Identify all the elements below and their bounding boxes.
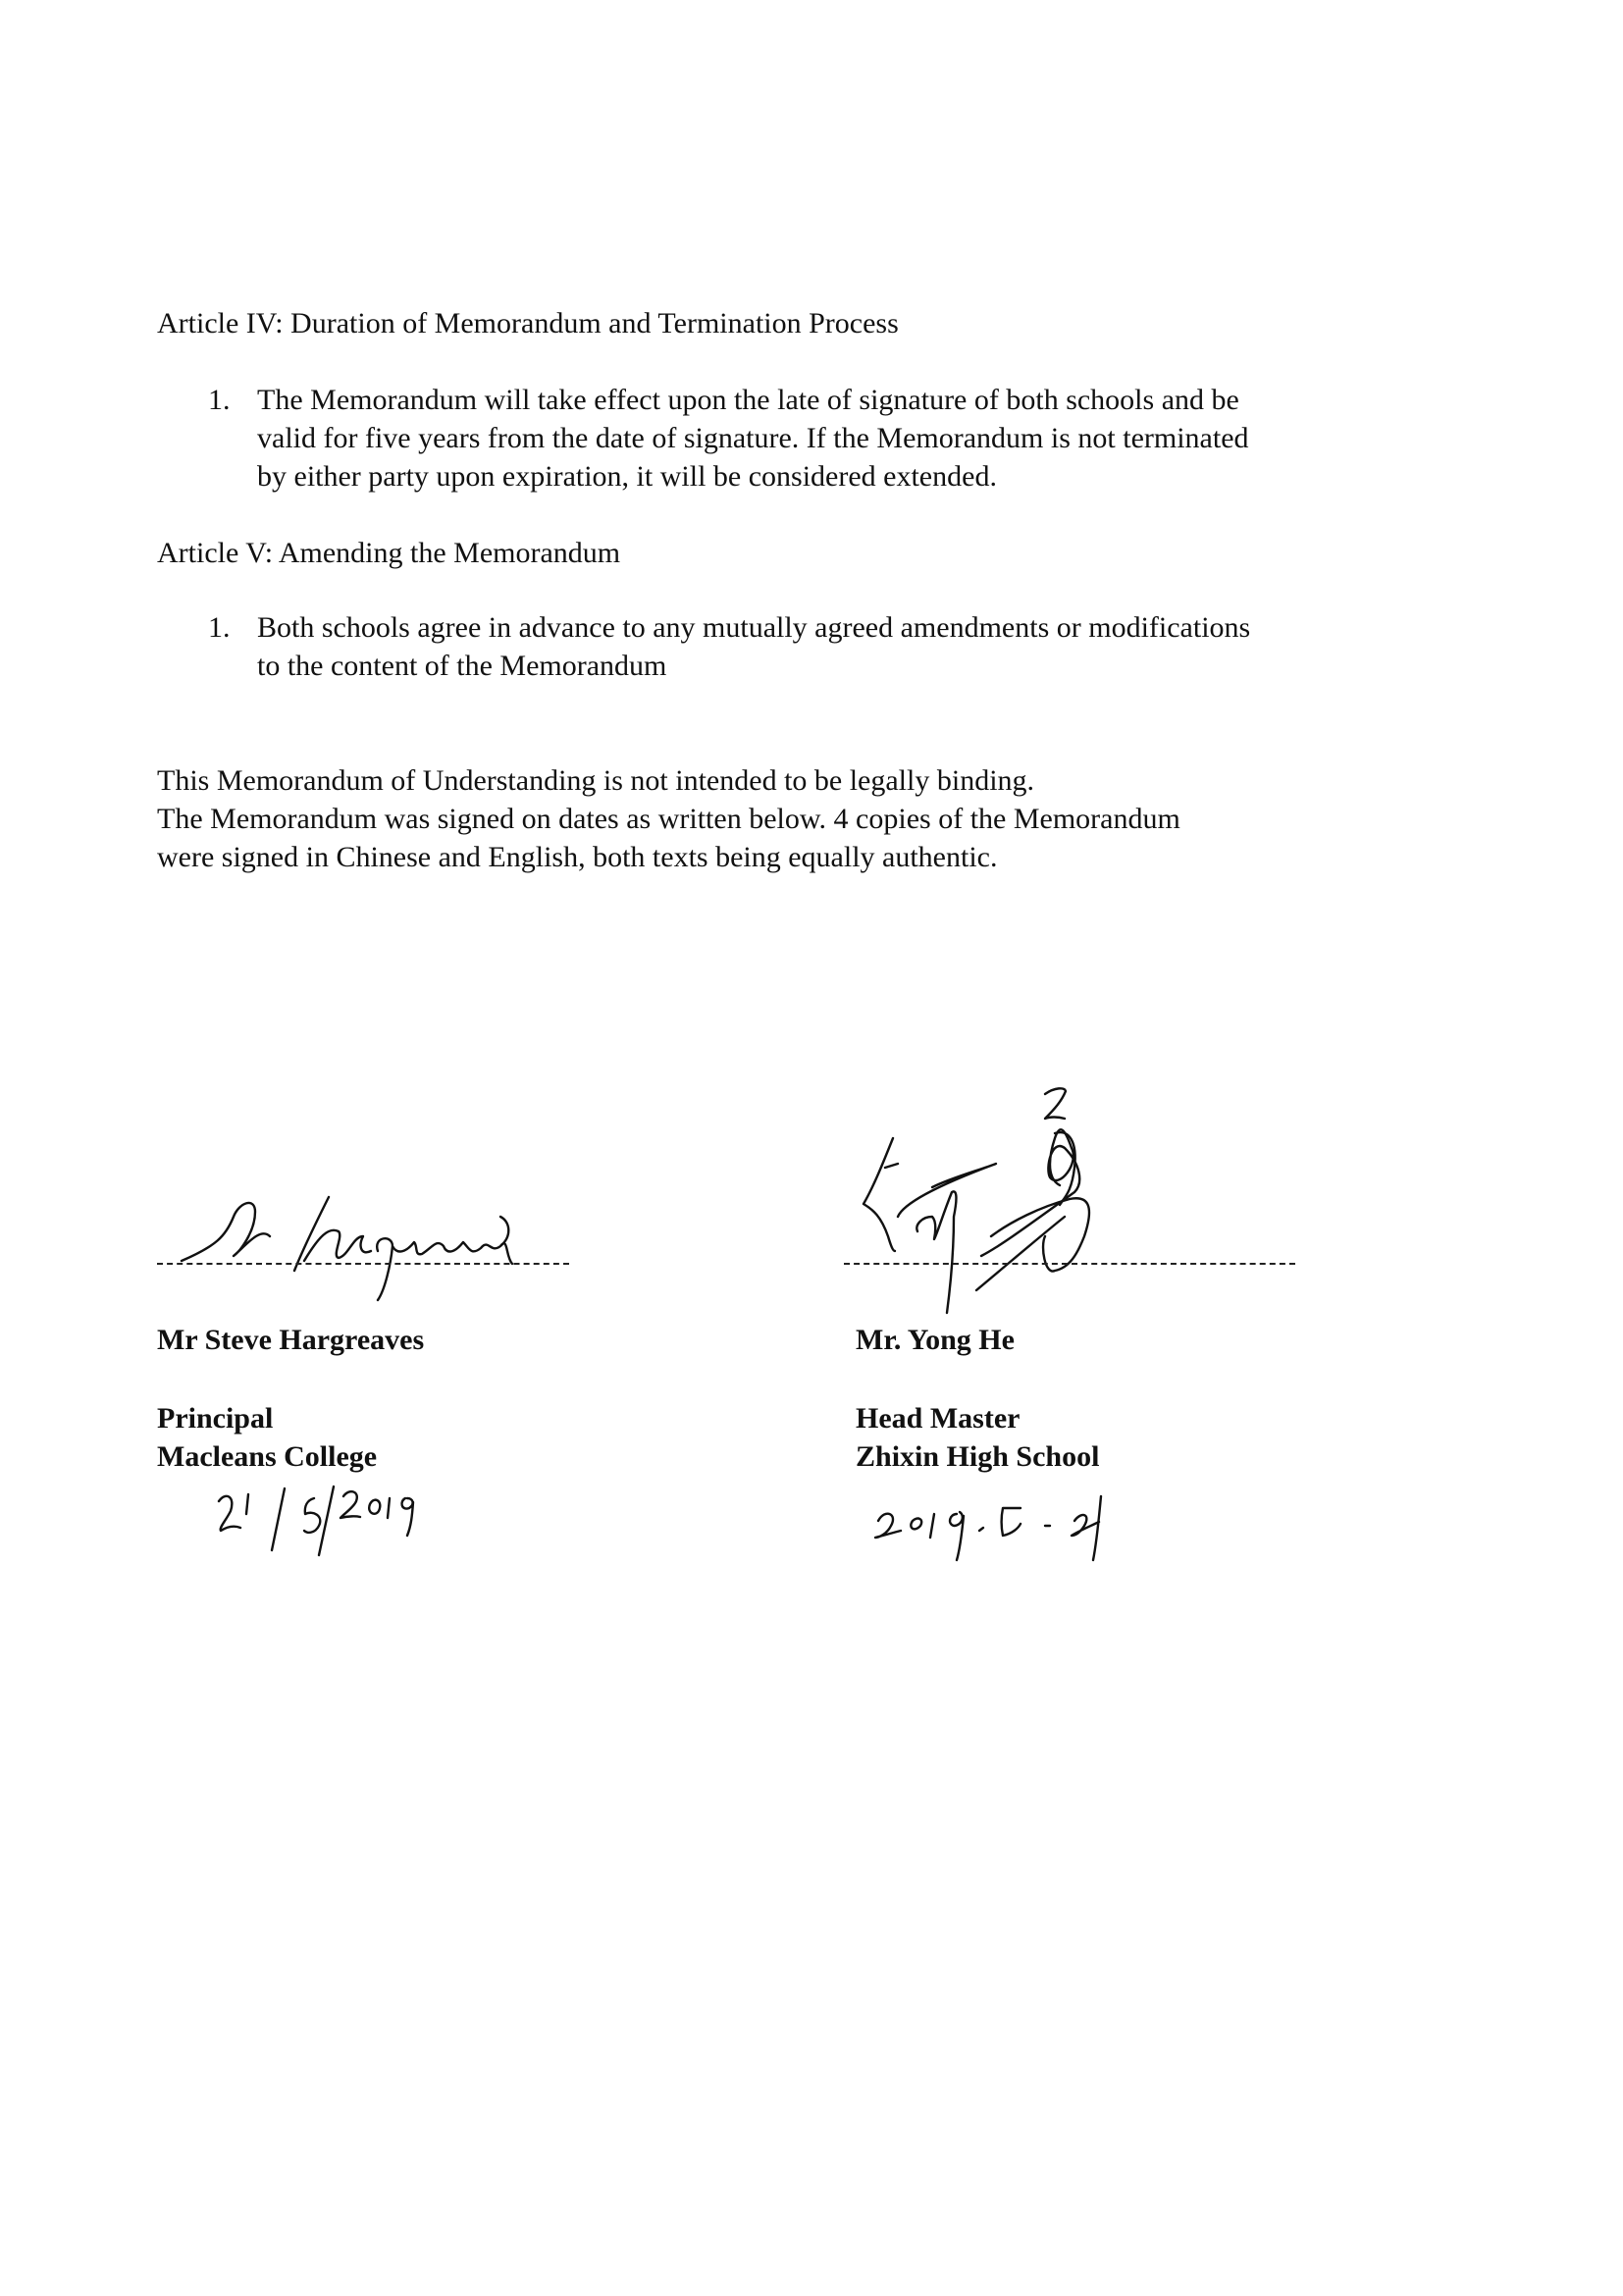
closing-line-1: This Memorandum of Understanding is not … <box>157 761 1034 801</box>
signature-line <box>844 1263 1295 1265</box>
handwritten-date-right <box>873 1487 1168 1565</box>
list-item-line: by either party upon expiration, it will… <box>257 457 997 496</box>
list-item-line: Both schools agree in advance to any mut… <box>257 608 1250 648</box>
signatory-title: Principal <box>157 1399 273 1438</box>
list-item-line: valid for five years from the date of si… <box>257 419 1249 458</box>
list-number: 1. <box>208 608 231 648</box>
list-number: 1. <box>208 381 231 420</box>
article-v-heading: Article V: Amending the Memorandum <box>157 534 620 573</box>
article-iv-heading: Article IV: Duration of Memorandum and T… <box>157 304 899 343</box>
signature-line <box>157 1263 569 1265</box>
closing-line-2: The Memorandum was signed on dates as wr… <box>157 800 1180 839</box>
handwritten-date-left <box>211 1477 466 1555</box>
signatory-organization: Zhixin High School <box>856 1437 1099 1477</box>
closing-line-3: were signed in Chinese and English, both… <box>157 838 997 877</box>
signature-hargreaves <box>157 1177 648 1315</box>
signatory-title: Head Master <box>856 1399 1020 1438</box>
list-item-line: The Memorandum will take effect upon the… <box>257 381 1239 420</box>
list-item-line: to the content of the Memorandum <box>257 647 666 686</box>
signature-yong-he <box>844 1079 1158 1315</box>
signatory-name: Mr Steve Hargreaves <box>157 1321 424 1360</box>
signatory-organization: Macleans College <box>157 1437 377 1477</box>
signatory-name: Mr. Yong He <box>856 1321 1015 1360</box>
